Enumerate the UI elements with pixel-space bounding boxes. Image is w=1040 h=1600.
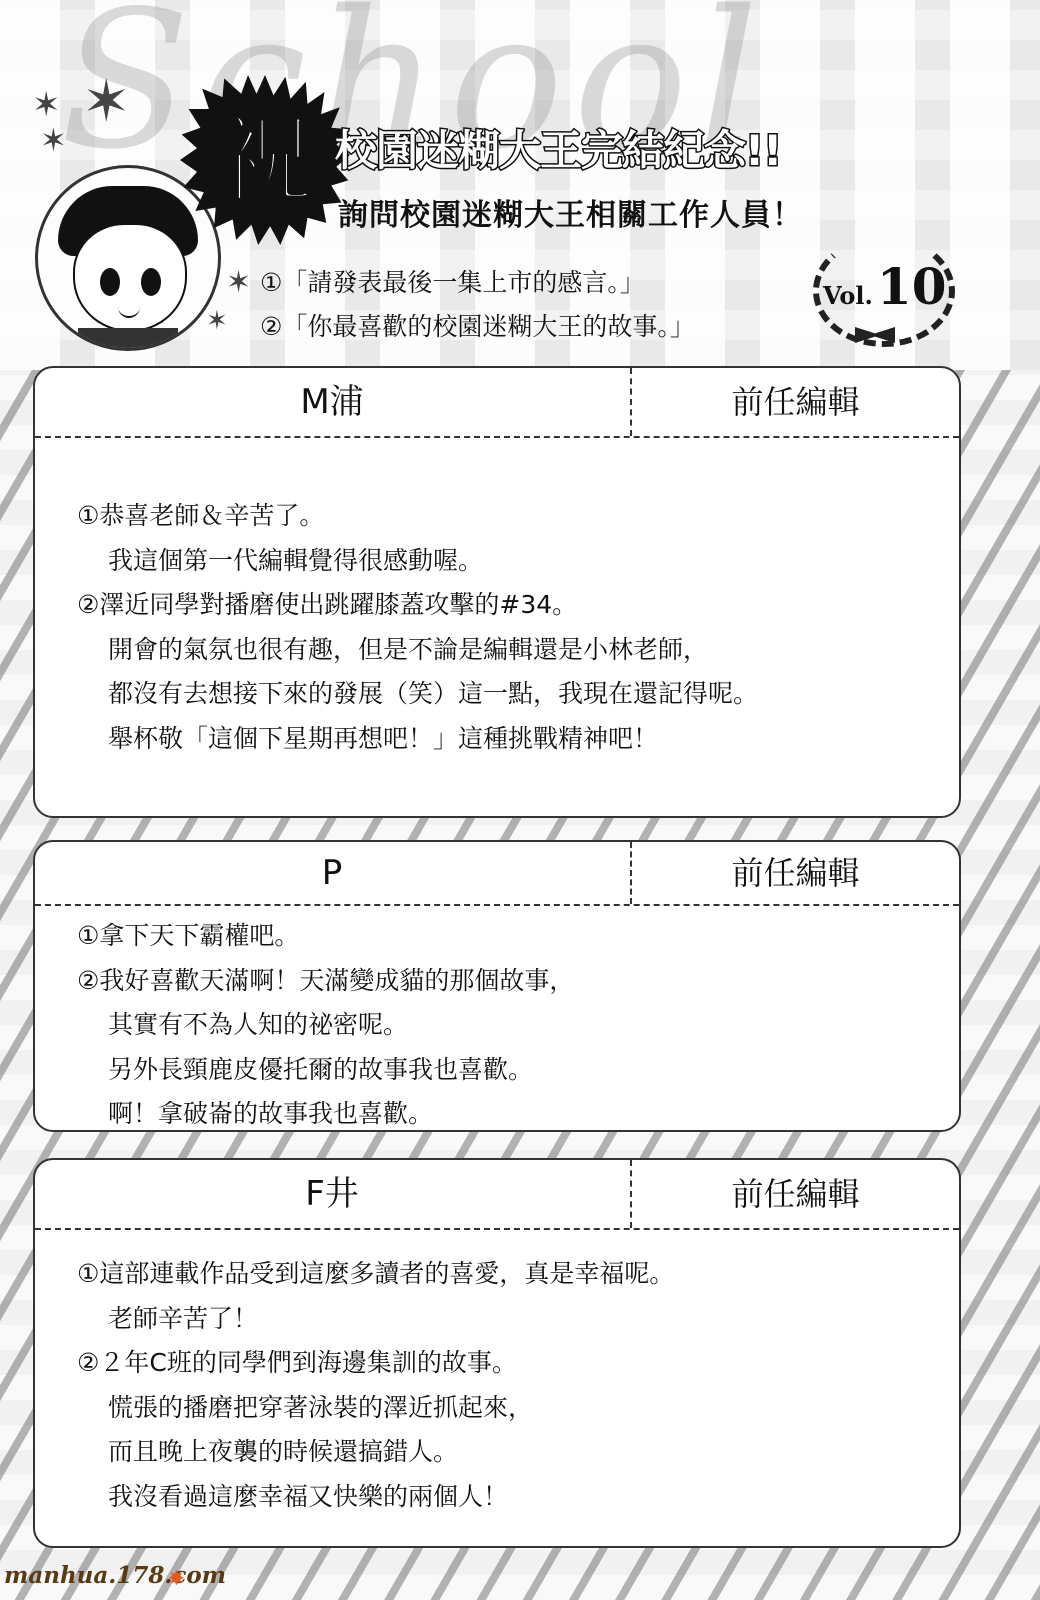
staff-card: P 前任編輯 ①拿下天下霸權吧。 ②我好喜歡天滿啊！天滿變成貓的那個故事， 其實…	[33, 840, 961, 1132]
card-body: ①這部連載作品受到這麼多讀者的喜愛，真是幸福呢。 老師辛苦了！ ②２年C班的同學…	[35, 1230, 959, 1519]
staff-role: 前任編輯	[632, 1160, 959, 1228]
sparkle-icon: ✶	[82, 72, 131, 130]
answer-line: 啊！拿破崙的故事我也喜歡。	[77, 1092, 959, 1137]
answer-line: 老師辛苦了！	[77, 1297, 959, 1342]
star-icon: ✸	[168, 1566, 185, 1590]
volume-label: Vol.	[823, 281, 873, 310]
staff-name: P	[35, 842, 629, 904]
portrait-collar	[78, 328, 178, 351]
question-1: ①「請發表最後一集上市的感言。」	[260, 263, 645, 299]
answer-line: 開會的氣氛也很有趣，但是不論是編輯還是小林老師，	[77, 628, 959, 673]
staff-card: F井 前任編輯 ①這部連載作品受到這麼多讀者的喜愛，真是幸福呢。 老師辛苦了！ …	[33, 1158, 961, 1548]
card-header: F井 前任編輯	[35, 1160, 959, 1230]
staff-role: 前任編輯	[632, 842, 959, 904]
answer-line: ②２年C班的同學們到海邊集訓的故事。	[77, 1341, 959, 1386]
answer-line: 另外長頸鹿皮優托爾的故事我也喜歡。	[77, 1048, 959, 1093]
answer-line: 其實有不為人知的祕密呢。	[77, 1003, 959, 1048]
card-body: ①拿下天下霸權吧。 ②我好喜歡天滿啊！天滿變成貓的那個故事， 其實有不為人知的祕…	[35, 906, 959, 1137]
burst-character: 祝	[200, 100, 330, 220]
sparkle-icon: ✶	[40, 124, 67, 156]
sparkle-icon: ✶	[206, 308, 228, 334]
card-body: ①恭喜老師＆辛苦了。 我這個第一代編輯覺得很感動喔。 ②澤近同學對播磨使出跳躍膝…	[35, 438, 959, 761]
portrait-eye	[100, 268, 120, 296]
page-title: 校園迷糊大王完結紀念!!	[335, 118, 781, 178]
answer-line: 我沒看過這麼幸福又快樂的兩個人！	[77, 1475, 959, 1520]
answer-line: ②我好喜歡天滿啊！天滿變成貓的那個故事，	[77, 959, 959, 1004]
answer-line: ①拿下天下霸權吧。	[77, 914, 959, 959]
staff-role: 前任編輯	[632, 368, 959, 436]
character-portrait	[35, 165, 221, 351]
volume-number: 10	[877, 257, 947, 316]
card-header: M浦 前任編輯	[35, 368, 959, 438]
page-subtitle: 詢問校園迷糊大王相關工作人員！	[338, 190, 803, 234]
site-watermark: manhua.178.com	[4, 1562, 226, 1589]
portrait-eye	[141, 268, 161, 296]
sparkle-icon: ✶	[32, 88, 61, 122]
answer-line: 都沒有去想接下來的發展（笑）這一點，我現在還記得呢。	[77, 672, 959, 717]
answer-line: 舉杯敬「這個下星期再想吧！」這種挑戰精神吧！	[77, 717, 959, 762]
answer-line: 慌張的播磨把穿著泳裝的澤近抓起來，	[77, 1386, 959, 1431]
answer-line: ②澤近同學對播磨使出跳躍膝蓋攻擊的#34。	[77, 583, 959, 628]
volume-badge: Vol.10	[805, 235, 955, 345]
answer-line: ①恭喜老師＆辛苦了。	[77, 494, 959, 539]
staff-card: M浦 前任編輯 ①恭喜老師＆辛苦了。 我這個第一代編輯覺得很感動喔。 ②澤近同學…	[33, 366, 961, 818]
answer-line: ①這部連載作品受到這麼多讀者的喜愛，真是幸福呢。	[77, 1252, 959, 1297]
staff-name: F井	[35, 1160, 629, 1228]
answer-line: 我這個第一代編輯覺得很感動喔。	[77, 539, 959, 584]
answer-line: 而且晚上夜襲的時候還搞錯人。	[77, 1430, 959, 1475]
staff-name: M浦	[35, 368, 629, 436]
page-header: School ✶ ✶ ✶ ✶ ✶ 祝 校園迷糊大王完結紀念!! 詢問校園迷糊大王…	[0, 0, 1040, 370]
sparkle-icon: ✶	[226, 268, 251, 298]
question-2: ②「你最喜歡的校園迷糊大王的故事。」	[260, 307, 695, 343]
card-header: P 前任編輯	[35, 842, 959, 906]
